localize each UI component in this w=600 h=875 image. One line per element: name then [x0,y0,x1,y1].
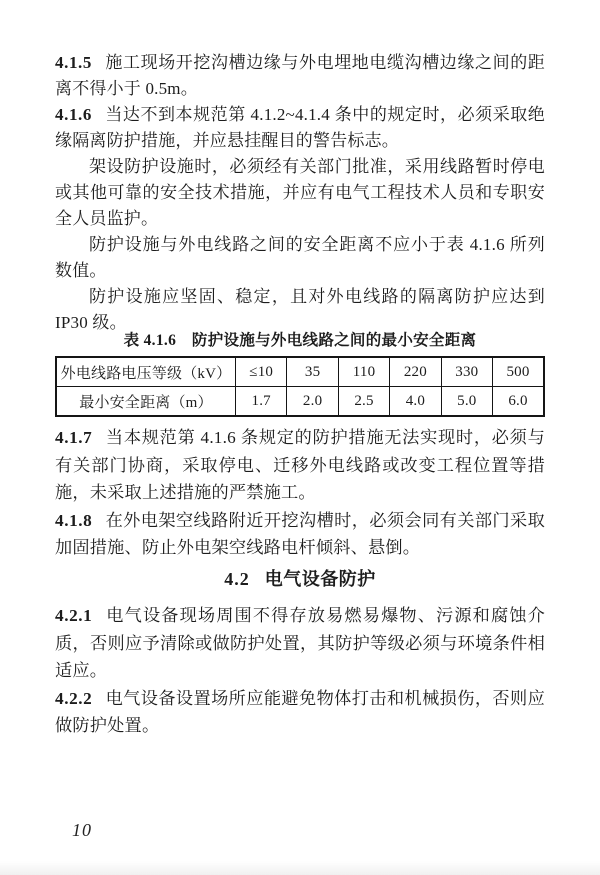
table-caption: 表 4.1.6 防护设施与外电线路之间的最小安全距离 [55,331,545,351]
clause-4-2-1: 4.2.1电气设备现场周围不得存放易燃易爆物、污源和腐蚀介质，否则应予清除或做防… [55,602,545,685]
row-header-voltage: 外电线路电压等级（kV） [56,357,236,387]
table-cell: 330 [441,357,492,387]
table-cell: 5.0 [441,387,492,417]
table-cell: 500 [493,357,544,387]
clause-number: 4.2.1 [55,606,92,625]
clause-number: 4.1.6 [55,105,92,124]
min-safety-distance-table: 外电线路电压等级（kV） ≤10 35 110 220 330 500 最小安全… [55,356,545,417]
table-container: 外电线路电压等级（kV） ≤10 35 110 220 330 500 最小安全… [55,356,545,417]
clause-number: 4.1.7 [55,428,92,447]
clause-number: 4.1.8 [55,511,92,530]
section-4-1-clauses-after-table: 4.1.7当本规范第 4.1.6 条规定的防护措施无法实现时，必须与有关部门协商… [55,424,545,562]
table-row-voltage: 外电线路电压等级（kV） ≤10 35 110 220 330 500 [56,357,544,387]
table-cell: 35 [287,357,338,387]
clause-text: 在外电架空线路附近开挖沟槽时，必须会同有关部门采取加固措施、防止外电架空线路电杆… [55,511,545,558]
clause-4-1-7: 4.1.7当本规范第 4.1.6 条规定的防护措施无法实现时，必须与有关部门协商… [55,424,545,507]
table-row-distance: 最小安全距离（m） 1.7 2.0 2.5 4.0 5.0 6.0 [56,387,544,417]
clause-number: 4.2.2 [55,689,92,708]
table-cell: 110 [338,357,389,387]
clause-4-1-6: 4.1.6当达不到本规范第 4.1.2~4.1.4 条中的规定时，必须采取绝缘隔… [55,102,545,154]
table-cell: 220 [390,357,441,387]
table-cell: 6.0 [493,387,544,417]
paragraph-safety-distance: 防护设施与外电线路之间的安全距离不应小于表 4.1.6 所列数值。 [55,232,545,284]
section-4-2-clauses: 4.2.1电气设备现场周围不得存放易燃易爆物、污源和腐蚀介质，否则应予清除或做防… [55,602,545,740]
table-cell: 1.7 [236,387,287,417]
clause-4-2-2: 4.2.2电气设备设置场所应能避免物体打击和机械损伤，否则应做防护处置。 [55,685,545,740]
clause-4-1-8: 4.1.8在外电架空线路附近开挖沟槽时，必须会同有关部门采取加固措施、防止外电架… [55,507,545,562]
table-cell: ≤10 [236,357,287,387]
heading-number: 4.2 [224,569,250,589]
clause-4-1-5: 4.1.5施工现场开挖沟槽边缘与外电埋地电缆沟槽边缘之间的距离不得小于 0.5m… [55,50,545,102]
clause-text: 电气设备设置场所应能避免物体打击和机械损伤，否则应做防护处置。 [55,689,545,736]
paragraph-protection-setup: 架设防护设施时，必须经有关部门批准，采用线路暂时停电或其他可靠的安全技术措施，并… [55,154,545,232]
section-4-1-clauses: 4.1.5施工现场开挖沟槽边缘与外电埋地电缆沟槽边缘之间的距离不得小于 0.5m… [55,50,545,336]
row-header-distance: 最小安全距离（m） [56,387,236,417]
section-heading-4-2: 4.2电气设备防护 [55,567,545,592]
table-cell: 2.5 [338,387,389,417]
clause-text: 当达不到本规范第 4.1.2~4.1.4 条中的规定时，必须采取绝缘隔离防护措施… [55,105,545,150]
table-cell: 2.0 [287,387,338,417]
document-page: 4.1.5施工现场开挖沟槽边缘与外电埋地电缆沟槽边缘之间的距离不得小于 0.5m… [0,0,600,875]
page-number: 10 [72,820,92,841]
clause-text: 电气设备现场周围不得存放易燃易爆物、污源和腐蚀介质，否则应予清除或做防护处置，其… [55,606,545,680]
clause-text: 施工现场开挖沟槽边缘与外电埋地电缆沟槽边缘之间的距离不得小于 0.5m。 [55,53,545,98]
paragraph-ip30: 防护设施应坚固、稳定，且对外电线路的隔离防护应达到 IP30 级。 [55,284,545,336]
clause-number: 4.1.5 [55,53,92,72]
heading-title: 电气设备防护 [265,569,376,589]
table-cell: 4.0 [390,387,441,417]
clause-text: 当本规范第 4.1.6 条规定的防护措施无法实现时，必须与有关部门协商，采取停电… [55,428,545,502]
